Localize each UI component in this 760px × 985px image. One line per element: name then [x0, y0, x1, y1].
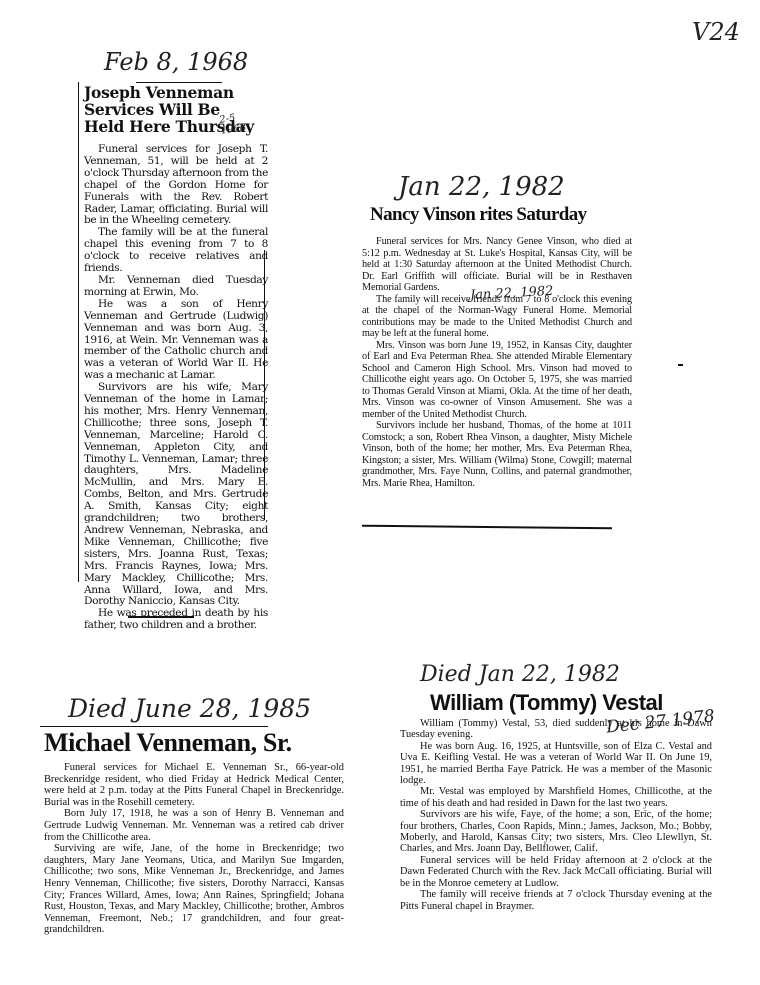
obituary-clipping: Nancy Vinson rites Saturday Funeral serv… [362, 204, 632, 489]
handwritten-date: Feb 8, 1968 [104, 48, 248, 76]
obituary-body: Funeral services for Michael E. Venneman… [44, 762, 344, 936]
headline: Michael Venneman, Sr. [44, 728, 344, 758]
paragraph: Mrs. Vinson was born June 19, 1952, in K… [362, 340, 632, 421]
paragraph: He was born Aug. 16, 1925, at Huntsville… [400, 741, 712, 787]
handwritten-date: Died June 28, 1985 [68, 694, 311, 723]
obituary-clipping: Michael Venneman, Sr. Funeral services f… [44, 728, 344, 936]
paragraph: Survivors are his wife, Mary Venneman of… [84, 382, 268, 608]
paragraph: He was a son of Henry Venneman and Gertr… [84, 299, 268, 382]
paragraph: Funeral services for Mrs. Nancy Genee Vi… [362, 236, 632, 294]
obituary-body: Funeral services for Mrs. Nancy Genee Vi… [362, 236, 632, 489]
paragraph: Funeral services for Michael E. Venneman… [44, 762, 344, 808]
stray-mark [678, 364, 683, 366]
page-marker: V24 [692, 18, 740, 46]
paragraph: The family will receive friends at 7 o'c… [400, 889, 712, 912]
paragraph: The family will be at the funeral chapel… [84, 227, 268, 275]
paragraph: Survivors are his wife, Faye, of the hom… [400, 809, 712, 855]
column-border [78, 82, 79, 582]
obituary-clipping: Joseph Venneman Services Will Be Held He… [84, 84, 268, 632]
headline-line: Joseph Venneman [84, 84, 268, 101]
paragraph: He was preceded in death by his father, … [84, 608, 268, 632]
headline: Nancy Vinson rites Saturday [362, 204, 632, 226]
obituary-body: William (Tommy) Vestal, 53, died suddenl… [400, 718, 712, 912]
paragraph: Survivors include her husband, Thomas, o… [362, 420, 632, 489]
obituary-body: Funeral services for Joseph T. Venneman,… [84, 144, 268, 632]
paragraph: Surviving are wife, Jane, of the home in… [44, 843, 344, 936]
paragraph: Funeral services will be held Friday aft… [400, 855, 712, 889]
divider [40, 726, 268, 727]
paragraph: Mr. Venneman died Tuesday morning at Erw… [84, 275, 268, 299]
handwritten-date: Died Jan 22, 1982 [420, 662, 620, 687]
paragraph: Funeral services for Joseph T. Venneman,… [84, 144, 268, 227]
end-rule [362, 525, 612, 530]
paragraph: Born July 17, 1918, he was a son of Henr… [44, 808, 344, 843]
paragraph: Mr. Vestal was employed by Marshfield Ho… [400, 786, 712, 809]
handwritten-date: Jan 22, 1982 [398, 172, 565, 202]
end-rule [128, 616, 194, 618]
